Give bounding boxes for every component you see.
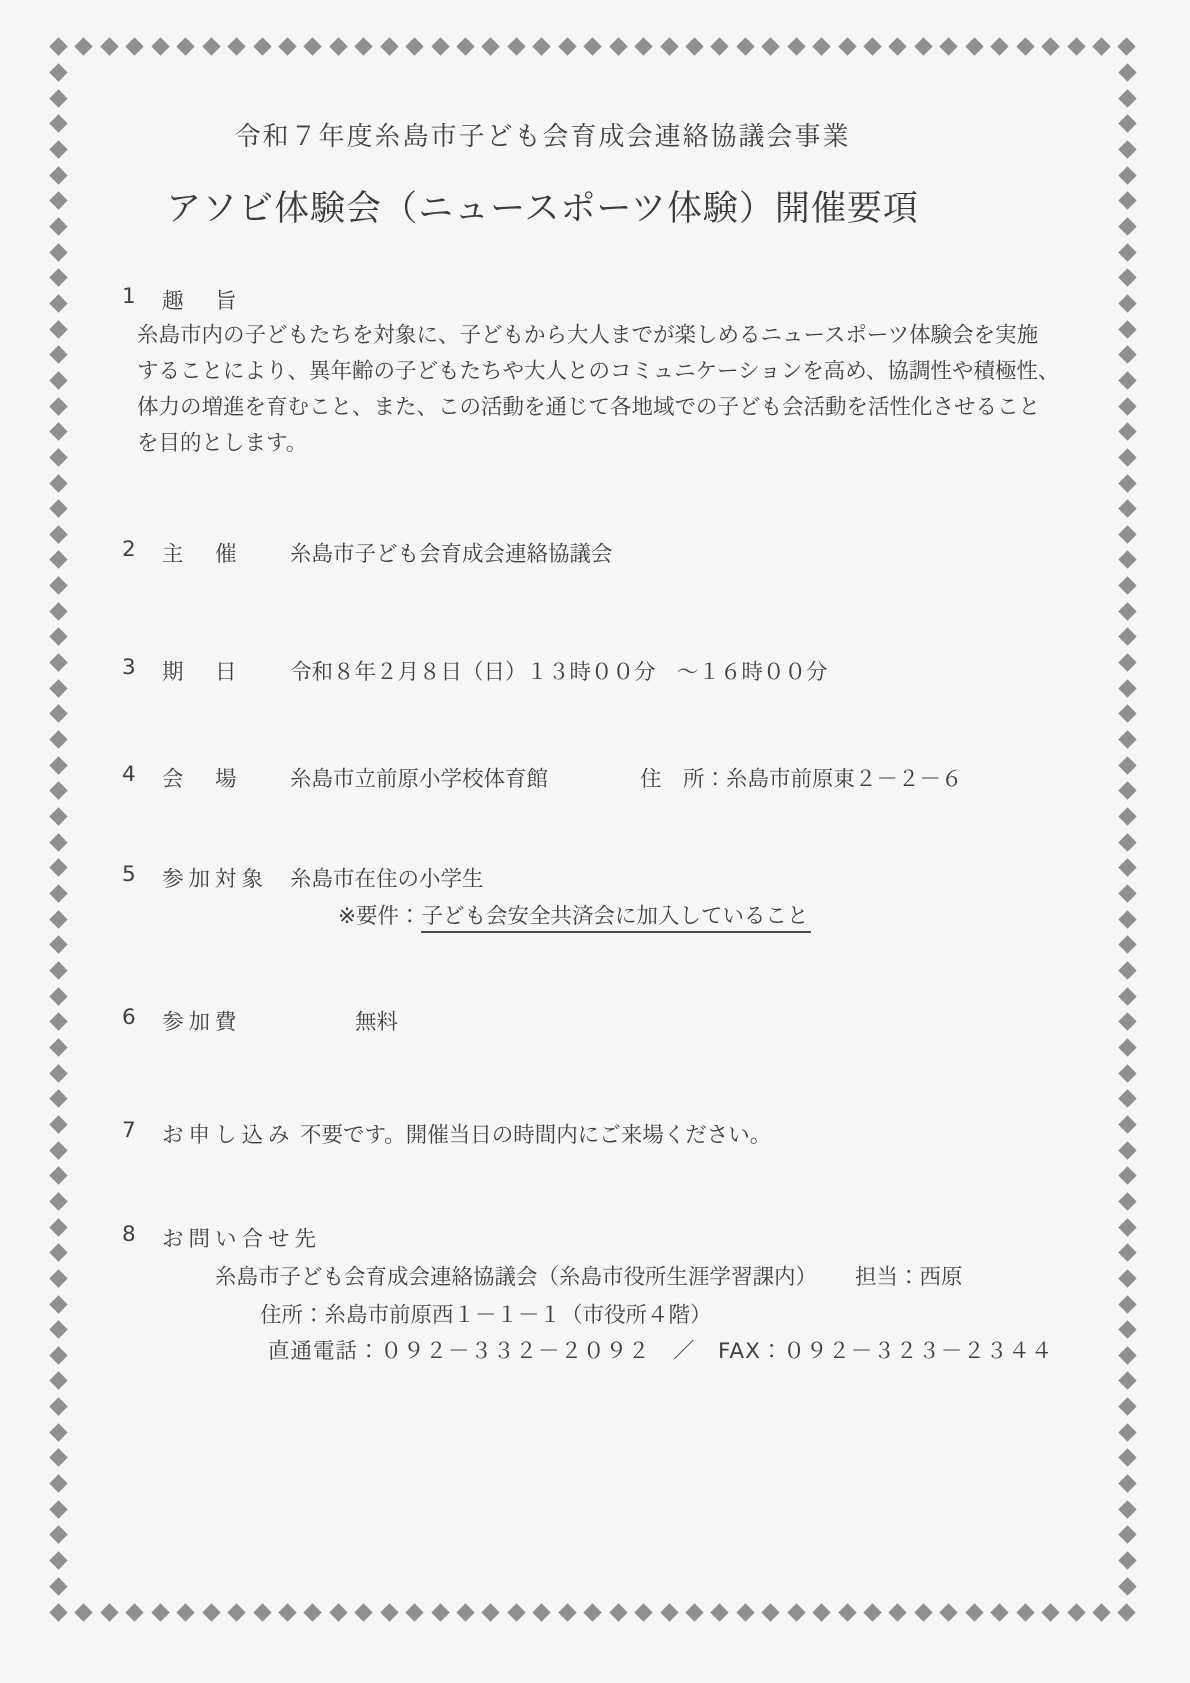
diamond-icon	[49, 679, 67, 697]
diamond-icon	[1118, 653, 1136, 671]
diamond-icon	[685, 1603, 703, 1621]
diamond-icon	[1118, 1141, 1136, 1159]
diamond-icon	[49, 961, 67, 979]
diamond-icon	[1118, 217, 1136, 235]
fee-value: 無料	[355, 1005, 398, 1036]
diamond-icon	[1118, 1115, 1136, 1133]
diamond-icon	[1118, 1603, 1136, 1621]
diamond-icon	[49, 89, 67, 107]
diamond-icon	[1016, 37, 1034, 55]
diamond-icon	[380, 1603, 398, 1621]
section-number: 1	[122, 284, 136, 309]
diamond-icon	[1118, 987, 1136, 1005]
diamond-icon	[49, 1038, 67, 1056]
contact-organization-line: 糸島市子ども会育成会連絡協議会（糸島市役所生涯学習課内） 担当：西原	[215, 1260, 963, 1291]
diamond-icon	[533, 1603, 551, 1621]
diamond-icon	[685, 37, 703, 55]
diamond-icon	[914, 37, 932, 55]
diamond-icon	[1118, 320, 1136, 338]
diamond-icon	[49, 910, 67, 928]
diamond-icon	[1118, 679, 1136, 697]
diamond-icon	[1118, 1423, 1136, 1441]
diamond-icon	[863, 1603, 881, 1621]
document-title: アソビ体験会（ニュースポーツ体験）開催要項	[0, 181, 1085, 231]
diamond-icon	[49, 756, 67, 774]
section-number: 6	[122, 1005, 136, 1030]
diamond-icon	[49, 1141, 67, 1159]
diamond-icon	[609, 1603, 627, 1621]
diamond-icon	[329, 37, 347, 55]
diamond-icon	[49, 1500, 67, 1518]
diamond-icon	[1118, 1577, 1136, 1595]
diamond-icon	[914, 1603, 932, 1621]
diamond-icon	[100, 37, 118, 55]
section-heading: お申し込み	[162, 1118, 295, 1149]
diamond-icon	[49, 1449, 67, 1467]
diamond-icon	[660, 37, 678, 55]
application-value: 不要です。開催当日の時間内にご来場ください。	[300, 1118, 771, 1149]
diamond-icon	[49, 1423, 67, 1441]
diamond-icon	[1118, 1218, 1136, 1236]
diamond-icon	[634, 37, 652, 55]
diamond-icon	[1067, 1603, 1085, 1621]
diamond-icon	[49, 243, 67, 261]
purpose-line-3: 体力の増進を育むこと、また、この活動を通じて各地域での子ども会活動を活性化させる…	[137, 390, 1059, 426]
diamond-icon	[1092, 37, 1110, 55]
contact-person: 担当：西原	[855, 1260, 963, 1291]
diamond-icon	[812, 37, 830, 55]
section-number: 2	[122, 537, 136, 562]
diamond-icon	[1118, 422, 1136, 440]
diamond-icon	[1118, 1243, 1136, 1261]
diamond-icon	[380, 37, 398, 55]
diamond-icon	[49, 884, 67, 902]
diamond-icon	[49, 397, 67, 415]
diamond-icon	[1118, 884, 1136, 902]
diamond-icon	[49, 859, 67, 877]
date-value: 令和８年２月８日（日）１３時００分 ～１６時００分	[290, 655, 828, 686]
diamond-icon	[49, 422, 67, 440]
diamond-icon	[1118, 628, 1136, 646]
diamond-icon	[1118, 910, 1136, 928]
diamond-icon	[151, 37, 169, 55]
diamond-icon	[1118, 1090, 1136, 1108]
diamond-icon	[1118, 346, 1136, 364]
diamond-icon	[1067, 37, 1085, 55]
diamond-icon	[558, 37, 576, 55]
diamond-icon	[1118, 833, 1136, 851]
diamond-icon	[1118, 115, 1136, 133]
diamond-icon	[1118, 961, 1136, 979]
diamond-icon	[838, 1603, 856, 1621]
diamond-icon	[1118, 243, 1136, 261]
section-heading: 会 場	[162, 762, 242, 793]
diamond-icon	[762, 37, 780, 55]
diamond-icon	[965, 1603, 983, 1621]
note-prefix: ※要件：	[338, 904, 421, 929]
diamond-icon	[49, 1167, 67, 1185]
contact-organization: 糸島市子ども会育成会連絡協議会（糸島市役所生涯学習課内）	[215, 1260, 817, 1291]
diamond-icon	[1118, 525, 1136, 543]
diamond-icon	[634, 1603, 652, 1621]
venue-address-value: 糸島市前原東２－２－６	[726, 767, 963, 792]
diamond-icon	[787, 1603, 805, 1621]
diamond-icon	[49, 1090, 67, 1108]
venue-address-label: 住 所：	[640, 767, 726, 792]
diamond-icon	[1118, 730, 1136, 748]
diamond-icon	[1118, 371, 1136, 389]
diamond-icon	[1118, 63, 1136, 81]
diamond-icon	[889, 1603, 907, 1621]
diamond-icon	[49, 1243, 67, 1261]
purpose-line-1: 糸島市内の子どもたちを対象に、子どもから大人までが楽しめるニュースポーツ体験会を…	[137, 318, 1059, 354]
diamond-icon	[1118, 448, 1136, 466]
diamond-icon	[990, 1603, 1008, 1621]
diamond-icon	[583, 37, 601, 55]
diamond-icon	[1118, 89, 1136, 107]
diamond-icon	[863, 37, 881, 55]
diamond-icon	[49, 1218, 67, 1236]
diamond-icon	[940, 1603, 958, 1621]
section-number: 3	[122, 655, 136, 680]
diamond-icon	[1118, 166, 1136, 184]
diamond-icon	[711, 37, 729, 55]
diamond-icon	[1118, 397, 1136, 415]
diamond-icon	[456, 1603, 474, 1621]
participants-requirement-note: ※要件：子ども会安全共済会に加入していること	[338, 899, 811, 930]
diamond-icon	[49, 294, 67, 312]
diamond-icon	[1118, 140, 1136, 158]
diamond-icon	[1118, 1526, 1136, 1544]
diamond-border-right	[1121, 66, 1134, 1593]
diamond-icon	[253, 37, 271, 55]
diamond-icon	[1118, 602, 1136, 620]
diamond-icon	[49, 705, 67, 723]
diamond-icon	[1118, 1372, 1136, 1390]
diamond-icon	[1118, 1500, 1136, 1518]
diamond-icon	[1118, 1013, 1136, 1031]
diamond-icon	[355, 1603, 373, 1621]
diamond-icon	[1118, 1449, 1136, 1467]
diamond-icon	[1118, 499, 1136, 517]
diamond-icon	[49, 576, 67, 594]
diamond-icon	[49, 1397, 67, 1415]
diamond-icon	[507, 1603, 525, 1621]
diamond-icon	[1041, 1603, 1059, 1621]
diamond-icon	[49, 474, 67, 492]
diamond-icon	[329, 1603, 347, 1621]
diamond-icon	[1118, 782, 1136, 800]
diamond-icon	[431, 1603, 449, 1621]
diamond-icon	[304, 37, 322, 55]
diamond-icon	[583, 1603, 601, 1621]
diamond-icon	[49, 1551, 67, 1569]
diamond-icon	[965, 37, 983, 55]
diamond-icon	[1118, 756, 1136, 774]
section-heading: 参加対象	[162, 862, 268, 893]
diamond-icon	[558, 1603, 576, 1621]
diamond-icon	[456, 37, 474, 55]
diamond-icon	[355, 37, 373, 55]
diamond-icon	[49, 1115, 67, 1133]
diamond-icon	[482, 37, 500, 55]
diamond-icon	[75, 1603, 93, 1621]
section-number: 5	[122, 862, 136, 887]
diamond-icon	[405, 37, 423, 55]
diamond-icon	[49, 1320, 67, 1338]
diamond-icon	[49, 1192, 67, 1210]
diamond-icon	[49, 730, 67, 748]
diamond-icon	[49, 525, 67, 543]
diamond-icon	[1118, 1167, 1136, 1185]
diamond-icon	[49, 1013, 67, 1031]
program-line: 令和７年度糸島市子ども会育成会連絡協議会事業	[0, 116, 1085, 153]
diamond-icon	[49, 1269, 67, 1287]
section-heading: 期 日	[162, 655, 242, 686]
diamond-icon	[1118, 1320, 1136, 1338]
diamond-icon	[49, 1295, 67, 1313]
diamond-icon	[278, 1603, 296, 1621]
diamond-icon	[1118, 551, 1136, 569]
diamond-icon	[1118, 936, 1136, 954]
diamond-icon	[202, 37, 220, 55]
diamond-icon	[1118, 576, 1136, 594]
participants-value: 糸島市在住の小学生	[290, 862, 484, 893]
diamond-icon	[711, 1603, 729, 1621]
diamond-icon	[49, 37, 67, 55]
diamond-icon	[227, 37, 245, 55]
diamond-icon	[49, 807, 67, 825]
diamond-icon	[49, 448, 67, 466]
diamond-icon	[49, 551, 67, 569]
diamond-border-top	[52, 40, 1134, 53]
contact-address-line: 住所：糸島市前原西１－１－１（市役所４階）	[260, 1298, 712, 1329]
diamond-icon	[49, 346, 67, 364]
diamond-icon	[940, 37, 958, 55]
diamond-icon	[75, 37, 93, 55]
diamond-icon	[1118, 1474, 1136, 1492]
diamond-icon	[278, 37, 296, 55]
section-heading: 趣 旨	[162, 284, 242, 315]
diamond-icon	[736, 37, 754, 55]
diamond-icon	[151, 1603, 169, 1621]
diamond-icon	[49, 371, 67, 389]
diamond-icon	[507, 37, 525, 55]
contact-phone-fax-line: 直通電話：０９２－３３２－２０９２ ／ FAX：０９２－３２３－２３４４	[268, 1334, 1053, 1365]
diamond-icon	[1118, 1038, 1136, 1056]
diamond-icon	[1092, 1603, 1110, 1621]
purpose-line-2: することにより、異年齢の子どもたちや大人とのコミュニケーションを高め、協調性や積…	[137, 354, 1059, 390]
diamond-icon	[126, 37, 144, 55]
diamond-icon	[126, 1603, 144, 1621]
diamond-icon	[49, 1474, 67, 1492]
diamond-icon	[1118, 1295, 1136, 1313]
diamond-icon	[176, 1603, 194, 1621]
diamond-icon	[1118, 1269, 1136, 1287]
diamond-icon	[736, 1603, 754, 1621]
diamond-icon	[1118, 1192, 1136, 1210]
diamond-icon	[49, 602, 67, 620]
diamond-icon	[49, 987, 67, 1005]
diamond-icon	[1118, 192, 1136, 210]
diamond-icon	[1118, 1346, 1136, 1364]
diamond-icon	[1118, 807, 1136, 825]
diamond-border-bottom	[52, 1606, 1134, 1619]
section-heading: 主 催	[162, 537, 242, 568]
diamond-icon	[49, 653, 67, 671]
section-number: 7	[122, 1118, 136, 1143]
scanned-document-page: 令和７年度糸島市子ども会育成会連絡協議会事業 アソビ体験会（ニュースポーツ体験）…	[0, 0, 1190, 1683]
diamond-icon	[49, 63, 67, 81]
diamond-icon	[49, 782, 67, 800]
diamond-icon	[1118, 269, 1136, 287]
diamond-icon	[838, 37, 856, 55]
diamond-icon	[1118, 37, 1136, 55]
diamond-icon	[1118, 294, 1136, 312]
section-heading: 参加費	[162, 1005, 242, 1036]
diamond-icon	[1118, 1397, 1136, 1415]
note-underlined-text: 子ども会安全共済会に加入していること	[421, 904, 811, 933]
diamond-icon	[1041, 37, 1059, 55]
diamond-icon	[609, 37, 627, 55]
diamond-icon	[49, 1064, 67, 1082]
diamond-icon	[49, 1526, 67, 1544]
section-number: 8	[122, 1222, 136, 1247]
diamond-icon	[49, 628, 67, 646]
diamond-icon	[431, 37, 449, 55]
diamond-icon	[1118, 1064, 1136, 1082]
section-heading: お問い合せ先	[162, 1222, 321, 1253]
purpose-paragraph: 糸島市内の子どもたちを対象に、子どもから大人までが楽しめるニュースポーツ体験会を…	[137, 318, 1059, 462]
diamond-icon	[304, 1603, 322, 1621]
diamond-icon	[49, 269, 67, 287]
diamond-icon	[1118, 1551, 1136, 1569]
diamond-icon	[49, 936, 67, 954]
diamond-icon	[660, 1603, 678, 1621]
section-number: 4	[122, 762, 136, 787]
diamond-icon	[49, 499, 67, 517]
diamond-icon	[812, 1603, 830, 1621]
diamond-icon	[1118, 859, 1136, 877]
diamond-icon	[253, 1603, 271, 1621]
diamond-icon	[482, 1603, 500, 1621]
diamond-icon	[49, 1603, 67, 1621]
diamond-icon	[762, 1603, 780, 1621]
purpose-line-4: を目的とします。	[137, 426, 1059, 462]
diamond-icon	[1118, 705, 1136, 723]
venue-address: 住 所：糸島市前原東２－２－６	[640, 762, 963, 793]
diamond-icon	[405, 1603, 423, 1621]
diamond-border-left	[52, 66, 65, 1593]
diamond-icon	[49, 1346, 67, 1364]
diamond-icon	[787, 37, 805, 55]
diamond-icon	[1118, 474, 1136, 492]
organizer-value: 糸島市子ども会育成会連絡協議会	[290, 537, 613, 568]
diamond-icon	[49, 833, 67, 851]
diamond-icon	[990, 37, 1008, 55]
diamond-icon	[1016, 1603, 1034, 1621]
diamond-icon	[100, 1603, 118, 1621]
diamond-icon	[533, 37, 551, 55]
diamond-icon	[176, 37, 194, 55]
diamond-icon	[889, 37, 907, 55]
diamond-icon	[227, 1603, 245, 1621]
diamond-icon	[49, 320, 67, 338]
diamond-icon	[49, 1372, 67, 1390]
diamond-icon	[202, 1603, 220, 1621]
venue-name: 糸島市立前原小学校体育館	[290, 762, 548, 793]
diamond-icon	[49, 1577, 67, 1595]
